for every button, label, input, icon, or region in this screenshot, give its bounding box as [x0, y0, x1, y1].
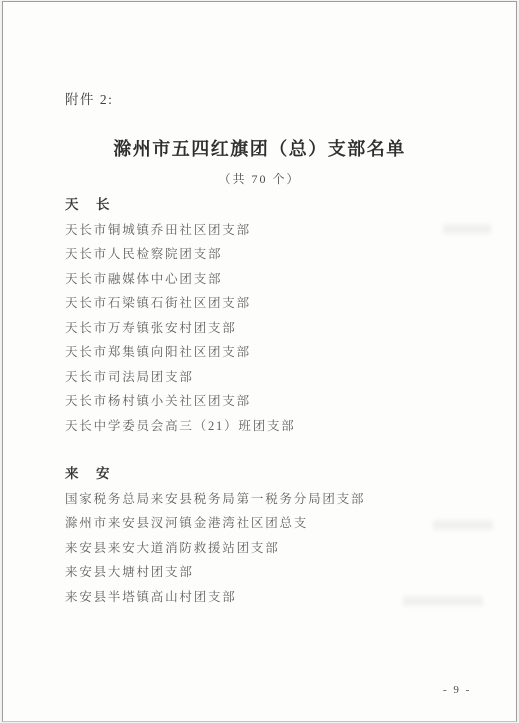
document-page: 附件 2: 滁州市五四红旗团（总）支部名单 （共 70 个） 天 长天长市铜城镇…	[2, 1, 517, 722]
list-item: 来安县来安大道消防救援站团支部	[65, 536, 492, 561]
list-item: 国家税务总局来安县税务局第一税务分局团支部	[65, 487, 492, 512]
section: 天 长天长市铜城镇乔田社区团支部天长市人民检察院团支部天长市融媒体中心团支部天长…	[65, 193, 492, 438]
list-item: 天长市石梁镇石街社区团支部	[65, 291, 492, 316]
list-item: 天长市铜城镇乔田社区团支部	[65, 218, 492, 243]
attachment-label: 附件 2:	[65, 88, 113, 108]
document-subtitle: （共 70 个）	[3, 170, 516, 187]
list-item: 天长市万寿镇张安村团支部	[65, 316, 492, 341]
scan-artifact	[443, 224, 491, 234]
page-number: - 9 -	[443, 684, 471, 696]
list-item: 来安县大塘村团支部	[65, 560, 492, 585]
list-item: 天长市融媒体中心团支部	[65, 267, 492, 292]
list-item: 滁州市来安县汊河镇金港湾社区团总支	[65, 511, 492, 536]
branch-list: 天 长天长市铜城镇乔田社区团支部天长市人民检察院团支部天长市融媒体中心团支部天长…	[65, 193, 492, 609]
list-item: 天长中学委员会高三（21）班团支部	[65, 414, 492, 439]
section: 来 安国家税务总局来安县税务局第一税务分局团支部滁州市来安县汊河镇金港湾社区团总…	[65, 462, 492, 609]
list-item: 天长市人民检察院团支部	[65, 242, 492, 267]
section-heading: 天 长	[65, 193, 492, 218]
scan-artifact	[433, 520, 493, 530]
scan-artifact	[403, 596, 483, 606]
list-item: 天长市司法局团支部	[65, 365, 492, 390]
list-item: 天长市郑集镇向阳社区团支部	[65, 340, 492, 365]
list-item: 天长市杨村镇小关社区团支部	[65, 389, 492, 414]
document-title: 滁州市五四红旗团（总）支部名单	[3, 135, 516, 161]
section-heading: 来 安	[65, 462, 492, 487]
